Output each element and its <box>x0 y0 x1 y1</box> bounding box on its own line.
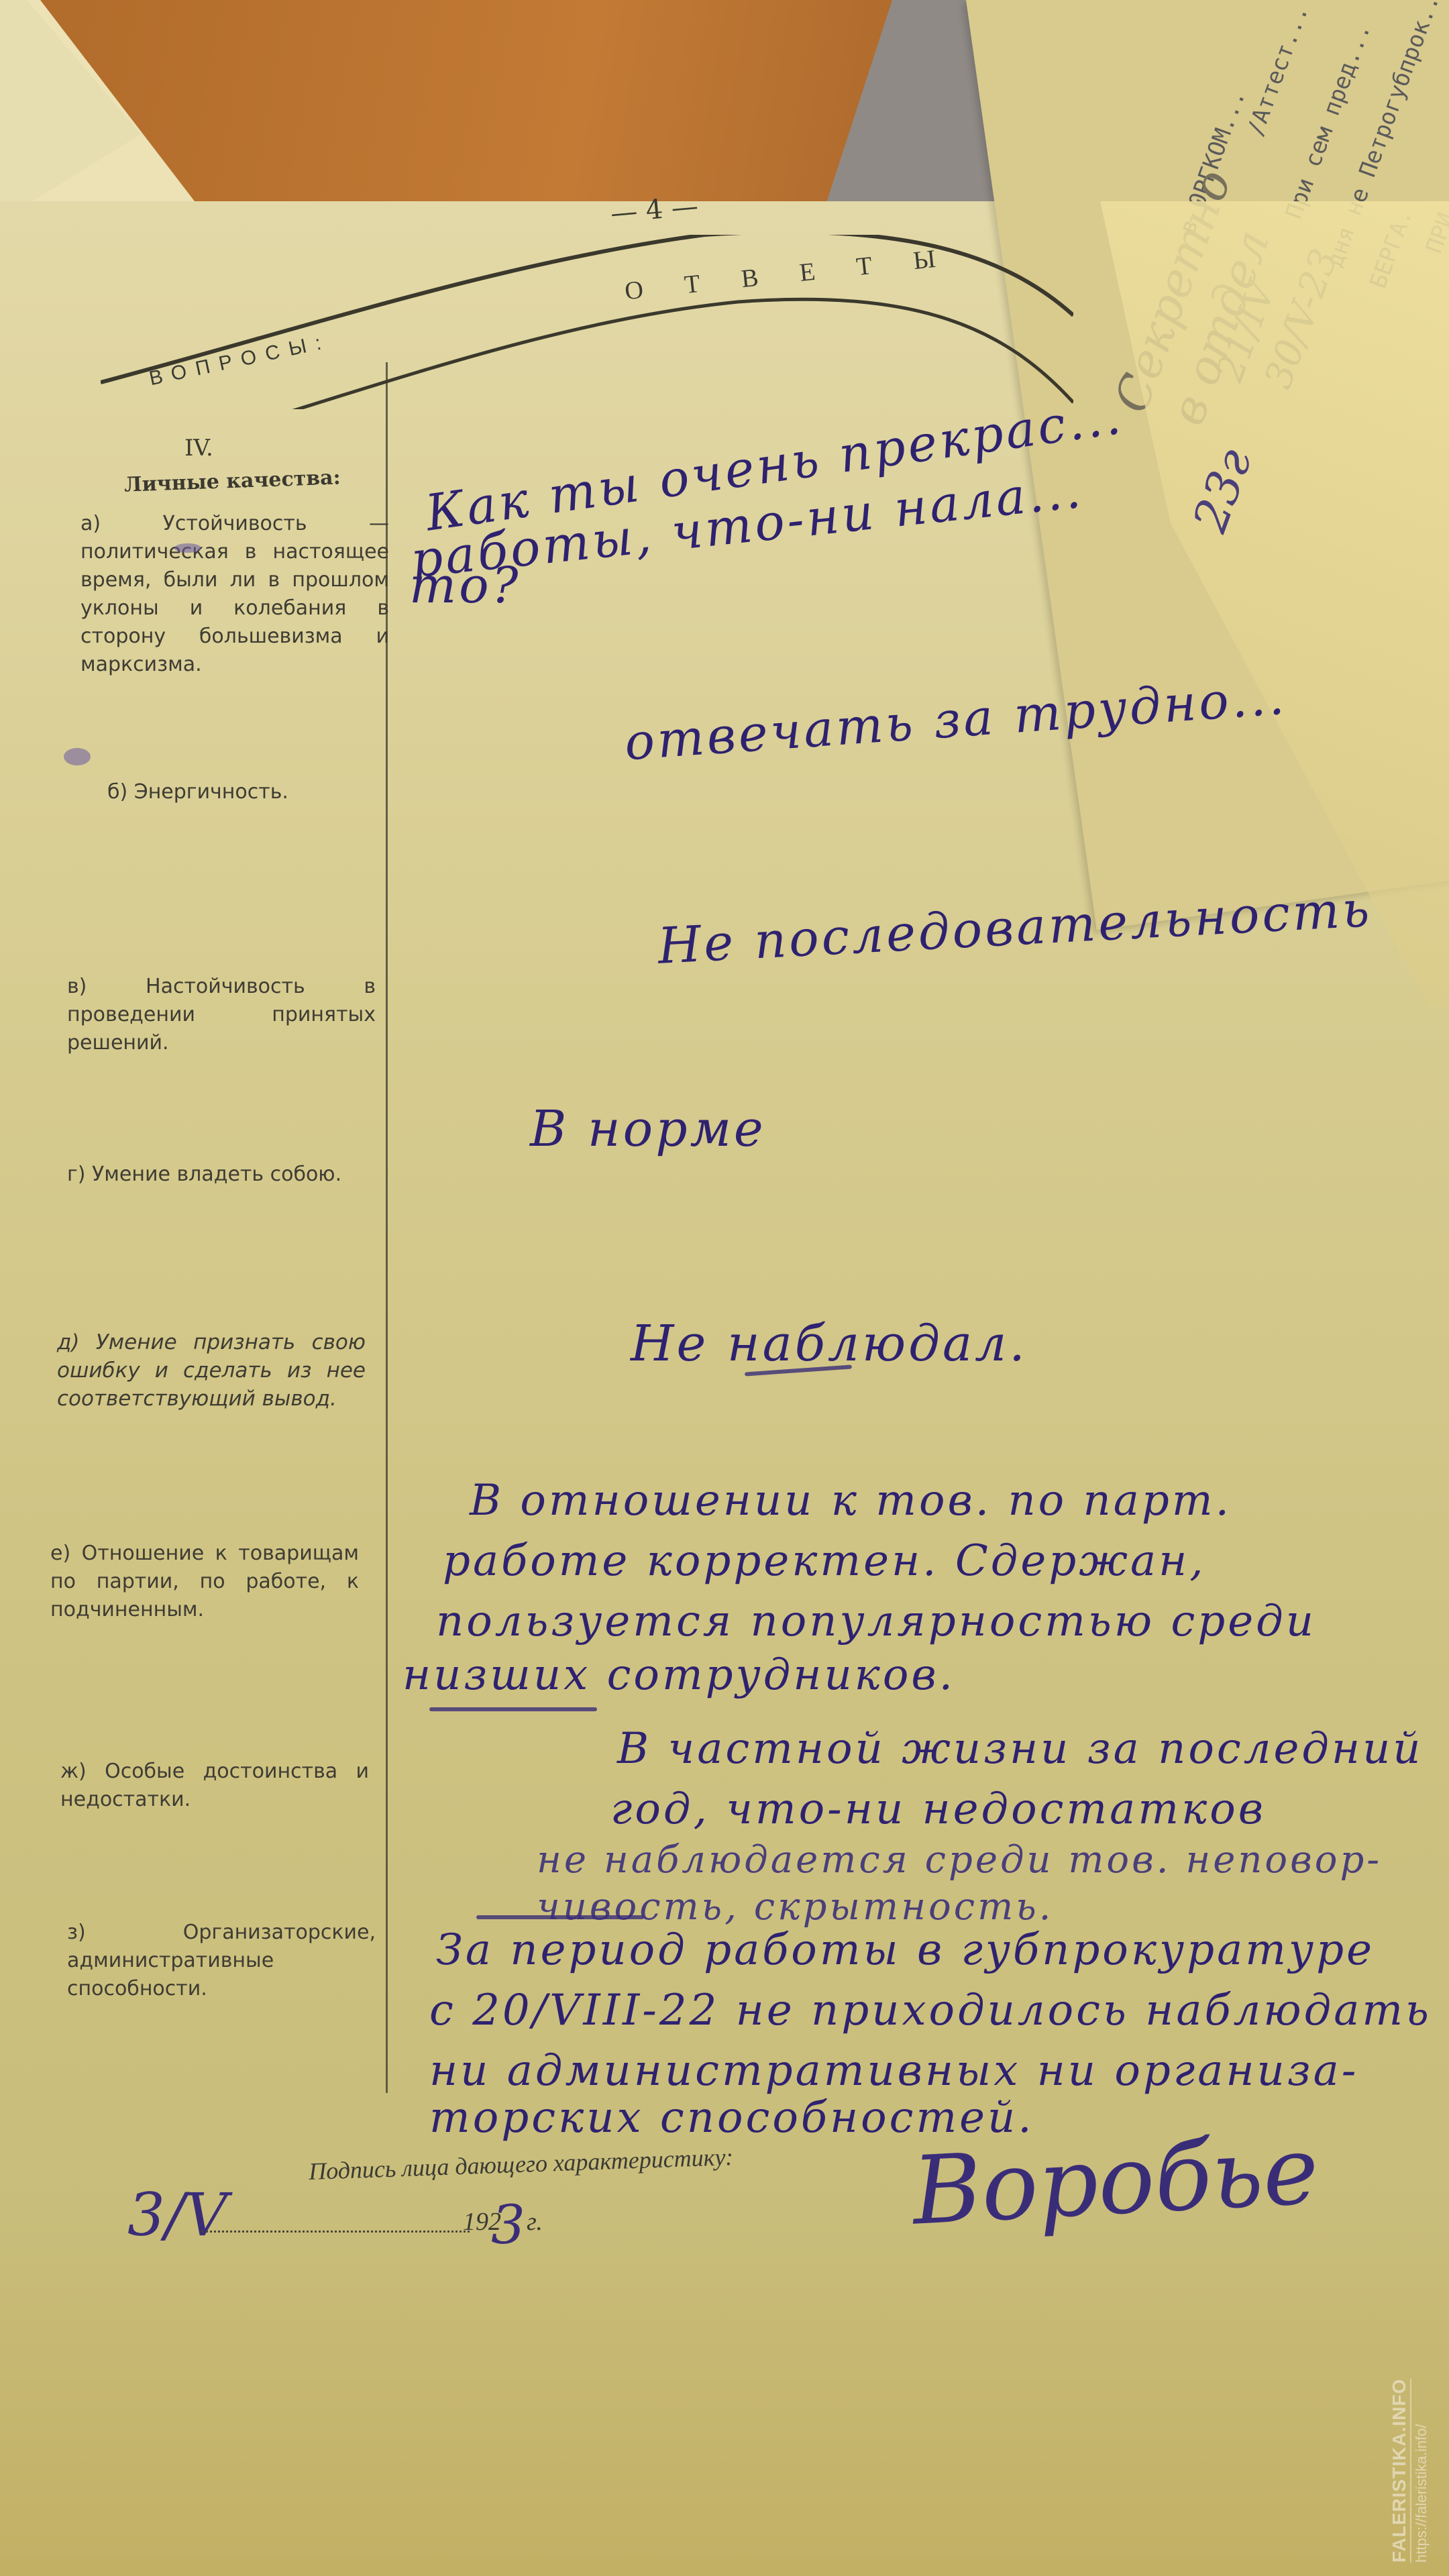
underline-stroke <box>476 1915 644 1919</box>
answer-g: В норме <box>530 1100 766 1158</box>
question-a: а) Устойчивость — политическая в настоящ… <box>80 510 389 679</box>
question-g: г) Умение владеть собою. <box>67 1161 376 1189</box>
answer-a-line: то? <box>409 557 521 614</box>
question-d: д) Умение признать свою ошибку и сделать… <box>57 1328 366 1413</box>
date-year-handwritten: 3 <box>491 2194 525 2256</box>
watermark: FALERISTIKA.INFO https://faleristika.inf… <box>1389 2379 1430 2563</box>
watermark-url: https://faleristika.info/ <box>1410 2379 1430 2563</box>
answer-e-line: пользуется популярностью среди <box>436 1597 1316 1646</box>
ink-blot <box>174 543 201 553</box>
answer-z-line: ни административных ни организа- <box>429 2046 1358 2096</box>
question-v: в) Настойчивость в проведении принятых р… <box>67 973 376 1057</box>
signature: Воробье <box>910 2116 1321 2246</box>
answer-z-line: За период работы в губпрокуратуре <box>436 1925 1375 1975</box>
section-number: IV. <box>184 435 213 462</box>
answer-zh-line: В частной жизни за последний <box>617 1724 1424 1774</box>
typed-line: /Аттест... <box>1242 1 1314 140</box>
answer-zh-line: не наблюдается среди тов. неповор- <box>537 1838 1382 1882</box>
answer-zh-line: год, что-ни недостатков <box>610 1784 1266 1834</box>
year-suffix: г. <box>527 2208 543 2236</box>
question-zh: ж) Особые достоинства и недостатки. <box>60 1758 369 1814</box>
question-z: з) Организаторские, административные спо… <box>67 1919 376 2003</box>
date-line <box>201 2231 470 2233</box>
answer-e-line: работе корректен. Сдержан, <box>443 1536 1206 1586</box>
question-b: б) Энергичность. <box>107 778 416 806</box>
question-e: е) Отношение к товарищам по партии, по р… <box>50 1540 359 1624</box>
answer-d: Не наблюдал. <box>631 1315 1028 1373</box>
underline-stroke <box>429 1707 597 1711</box>
date-day-handwritten: 3/V <box>127 2180 227 2249</box>
answer-zh-line: чивость, скрытность. <box>537 1885 1053 1929</box>
answer-e-line: В отношении к тов. по парт. <box>470 1476 1232 1525</box>
answer-e-line: низших сотрудников. <box>402 1650 955 1700</box>
ink-blot <box>64 748 91 765</box>
watermark-brand: FALERISTIKA.INFO <box>1389 2379 1409 2563</box>
answer-z-line: с 20/VIII-22 не приходилось наблюдать <box>429 1986 1432 2035</box>
